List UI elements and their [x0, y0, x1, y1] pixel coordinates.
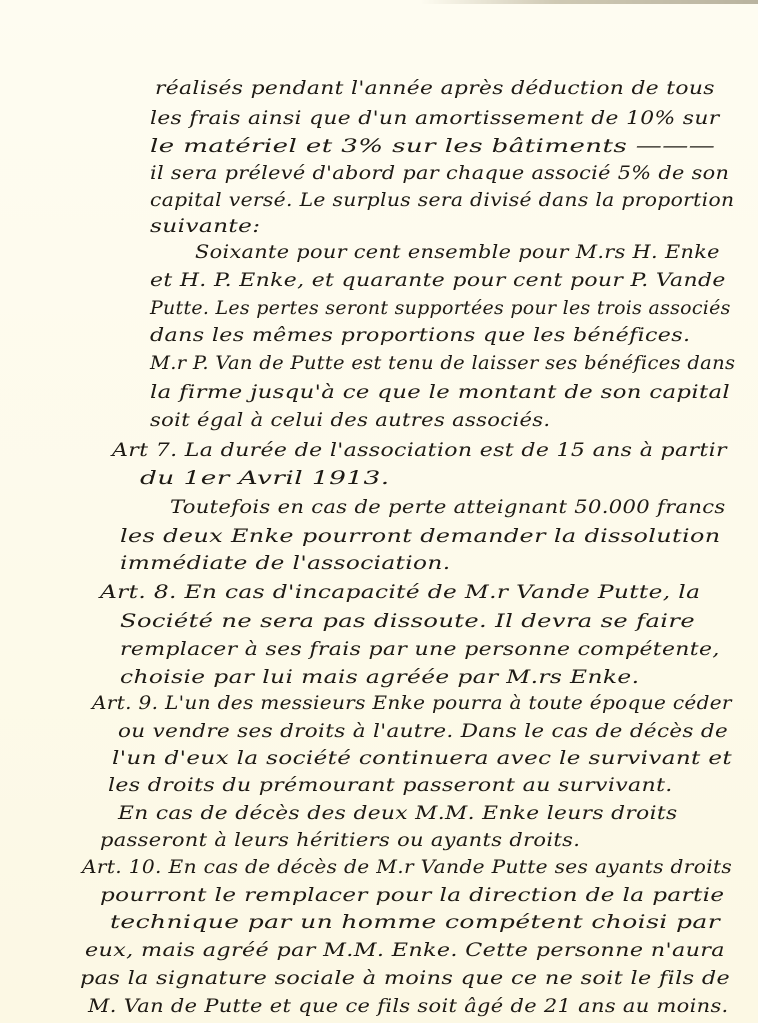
page-edge-shadow	[420, 0, 758, 4]
handwritten-line: et H. P. Enke, et quarante pour cent pou…	[150, 269, 726, 291]
handwritten-line: remplacer à ses frais par une personne c…	[120, 638, 720, 660]
handwritten-line: Toutefois en cas de perte atteignant 50.…	[170, 496, 726, 518]
handwritten-line: du 1er Avril 1913.	[140, 467, 390, 489]
handwritten-line: la firme jusqu'à ce que le montant de so…	[150, 381, 730, 403]
handwritten-line: Soixante pour cent ensemble pour M.rs H.…	[195, 241, 720, 263]
handwritten-line: choisie par lui mais agréée par M.rs Enk…	[120, 666, 639, 688]
handwritten-line: les deux Enke pourront demander la disso…	[120, 525, 721, 547]
handwritten-line: l'un d'eux la société continuera avec le…	[112, 747, 732, 769]
handwritten-line: Art. 10. En cas de décès de M.r Vande Pu…	[82, 856, 732, 878]
handwritten-line: suivante:	[150, 215, 260, 237]
handwritten-line: Art 7. La durée de l'association est de …	[112, 439, 727, 461]
handwritten-line: pourront le remplacer pour la direction …	[100, 884, 724, 906]
handwritten-line: En cas de décès des deux M.M. Enke leurs…	[118, 802, 677, 824]
handwritten-line: dans les mêmes proportions que les bénéf…	[150, 324, 690, 346]
handwritten-line: M.r P. Van de Putte est tenu de laisser …	[150, 352, 735, 374]
handwritten-line: le matériel et 3% sur les bâtiments ———	[150, 135, 715, 157]
handwritten-line: soit égal à celui des autres associés.	[150, 409, 550, 431]
handwritten-line: eux, mais agréé par M.M. Enke. Cette per…	[85, 939, 725, 961]
handwritten-line: Putte. Les pertes seront supportées pour…	[150, 297, 731, 319]
handwritten-line: les frais ainsi que d'un amortissement d…	[150, 107, 719, 129]
handwritten-line: passeront à leurs héritiers ou ayants dr…	[100, 829, 580, 851]
document-page: réalisés pendant l'année après déduction…	[0, 0, 758, 1023]
handwritten-line: réalisés pendant l'année après déduction…	[155, 77, 715, 99]
handwritten-line: il sera prélevé d'abord par chaque assoc…	[150, 162, 729, 184]
handwritten-line: M. Van de Putte et que ce fils soit âgé …	[88, 995, 729, 1017]
handwritten-line: technique par un homme compétent choisi …	[110, 911, 720, 933]
handwritten-line: Société ne sera pas dissoute. Il devra s…	[120, 610, 695, 632]
handwritten-line: Art. 9. L'un des messieurs Enke pourra à…	[92, 692, 732, 714]
handwritten-line: Art. 8. En cas d'incapacité de M.r Vande…	[100, 581, 700, 603]
handwritten-line: capital versé. Le surplus sera divisé da…	[150, 189, 734, 211]
handwritten-line: ou vendre ses droits à l'autre. Dans le …	[118, 720, 728, 742]
handwritten-line: immédiate de l'association.	[120, 552, 450, 574]
handwritten-line: les droits du prémourant passeront au su…	[108, 774, 673, 796]
handwritten-line: pas la signature sociale à moins que ce …	[80, 967, 730, 989]
